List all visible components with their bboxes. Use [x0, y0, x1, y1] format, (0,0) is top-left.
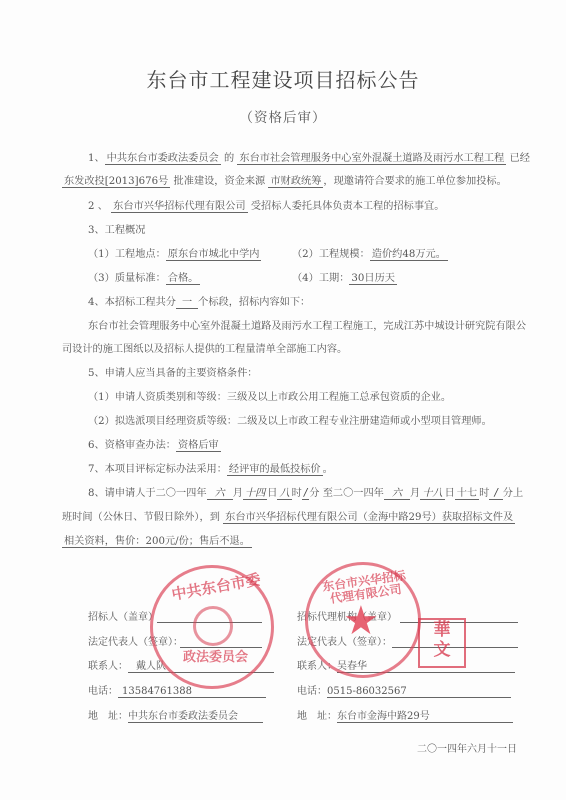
qualification-item-1: （1）申请人资质类别和等级：三级及以上市政公用工程施工总承包资质的企业。	[88, 391, 451, 405]
section-2: 2 、 东台市兴华招标代理有限公司 受招标人委托具体负责本工程的招标事宜。	[88, 200, 444, 214]
text: 个标段，招标内容如下：	[198, 297, 310, 308]
start-hour: 八	[277, 488, 291, 500]
document-price: 相关资料，售价：200元/份；售后不退。	[62, 536, 252, 548]
agent-phone: 0515-86032567	[327, 686, 511, 698]
text: 月	[410, 488, 420, 499]
label: （1）工程地点：	[88, 249, 166, 260]
section-3-heading: 3、工程概况	[88, 224, 145, 238]
quality-row: （3）质量标准：合格。	[88, 272, 200, 286]
text: 月	[233, 488, 243, 499]
text: 日	[445, 488, 455, 499]
label: （4）工期：	[292, 273, 349, 284]
section-4-content-line-2: 司设计的施工图纸以及招标人提供的工程量清单全部施工内容。	[62, 343, 347, 357]
party-emblem-icon	[193, 606, 233, 646]
seal-char: 華	[420, 620, 464, 640]
tenderer-rep-line	[180, 647, 262, 648]
label: 地 址：	[88, 711, 128, 722]
text: 分上	[503, 488, 523, 499]
legal-rep-seal: 華 文	[418, 618, 466, 668]
text: 。	[323, 464, 333, 475]
label: 7、本项目评标定标办法采用：	[88, 464, 227, 475]
end-minute: /	[489, 488, 502, 500]
tender-notice-document: 东台市工程建设项目招标公告 （资格后审） 1、中共东台市委政法委员会 的 东台市…	[0, 0, 566, 800]
text: 日	[267, 488, 277, 499]
text: 至二〇一四年	[323, 488, 384, 499]
agent-name: 东台市兴华招标代理有限公司	[111, 201, 247, 213]
section-1-line-1: 1、中共东台市委政法委员会 的 东台市社会管理服务中心室外混凝土道路及雨污水工程…	[88, 152, 530, 166]
end-hour: 十七	[455, 488, 479, 500]
text: 已经	[510, 153, 530, 164]
section-8-line-3: 相关资料，售价：200元/份；售后不退。	[62, 535, 252, 549]
label: 联系人：	[297, 661, 337, 672]
start-day: 十四	[243, 488, 267, 500]
section-1-line-2: 东发改投[2013]676号 批准建设，资金来源 市财政统筹，现邀请符合要求的施…	[62, 175, 507, 189]
text: 时	[292, 488, 302, 499]
notice-date: 二〇一四年六月十一日	[417, 740, 517, 755]
document-title: 东台市工程建设项目招标公告	[0, 64, 566, 93]
agent-contact-row: 联系人：吴春华	[297, 657, 515, 673]
section-5-heading: 5、申请人应当具备的主要资格条件：	[88, 367, 257, 381]
text: ，现邀请符合要求的施工单位参加投标。	[323, 176, 506, 187]
section-number: 2 、	[88, 201, 108, 212]
duration-row: （4）工期：30日历天	[292, 272, 397, 286]
text: 8、请申请人于二〇一四年	[88, 488, 207, 499]
end-day: 十八	[420, 488, 444, 500]
section-4-content-line-1: 东台市社会管理服务中心室外混凝土道路及雨污水工程工程施工，完成江苏中城设计研究院…	[88, 320, 526, 334]
tenderer-address-row: 地 址：中共东台市委政法委员会	[88, 707, 263, 723]
tenderer-contact-row: 联系人：戴人队	[88, 657, 274, 673]
agent-address: 东台市金海中路29号	[337, 707, 513, 723]
project-location: 原东台市城北中学内	[166, 249, 262, 261]
tenderer-seal-label: 招标人（盖章）	[88, 608, 158, 623]
seal-text: 东台市兴华招标代理有限公司	[319, 569, 412, 607]
agent-address-row: 地 址：东台市金海中路29号	[297, 707, 513, 723]
fund-source: 市财政统筹	[268, 176, 323, 188]
tenderer-name: 中共东台市委政法委员会	[105, 153, 221, 165]
tenderer-rep-label: 法定代表人（签章）：	[88, 633, 183, 648]
text: 班时间（公休日、节假日除外），到	[62, 512, 220, 523]
document-pickup-location: 东台市兴华招标代理有限公司（金海中路29号）获取招标文件及	[223, 512, 515, 524]
project-scale-row: （2）工程规模：造价约48万元。	[292, 248, 448, 262]
text: 受招标人委托具体负责本工程的招标事宜。	[251, 201, 445, 212]
label: （3）质量标准：	[88, 273, 166, 284]
section-8-line-2: 班时间（公休日、节假日除外），到 东台市兴华招标代理有限公司（金海中路29号）获…	[62, 511, 515, 525]
approval-number: 东发改投[2013]676号	[62, 176, 170, 188]
project-duration: 30日历天	[349, 273, 397, 285]
text: 的	[224, 153, 234, 164]
agent-rep-label: 法定代表人（签章）：	[297, 633, 392, 648]
text: 批准建设，资金来源	[174, 176, 266, 187]
label: 电话：	[88, 686, 118, 697]
text: 4、本招标工程共分	[88, 297, 176, 308]
section-8-line-1: 8、请申请人于二〇一四年六月十四日八时/分 至二〇一四年六月十八日十七时/分上	[88, 487, 523, 501]
text: 分	[309, 488, 319, 499]
label: （2）工程规模：	[292, 249, 370, 260]
seal-char: 文	[420, 640, 464, 660]
seal-text: 中共东台市委	[170, 568, 262, 604]
lot-count: 一	[176, 297, 198, 309]
review-method: 资格后审	[176, 440, 221, 452]
tenderer-seal-line	[157, 622, 262, 623]
label: 地 址：	[297, 711, 337, 722]
section-7: 7、本项目评标定标办法采用：经评审的最低投标价。	[88, 463, 333, 477]
tenderer-address: 中共东台市委政法委员会	[128, 707, 263, 723]
project-location-row: （1）工程地点：原东台市城北中学内	[88, 248, 261, 262]
document-subtitle: （资格后审）	[0, 106, 566, 126]
tenderer-contact: 戴人队	[128, 657, 274, 673]
project-name: 东台市社会管理服务中心室外混凝土道路及雨污水工程工程	[237, 153, 506, 165]
section-6: 6、资格审查办法：资格后审	[88, 439, 221, 453]
label: 6、资格审查办法：	[88, 440, 176, 451]
section-number: 1、	[88, 153, 105, 164]
text: 时	[479, 488, 489, 499]
label: 电话：	[297, 686, 327, 697]
section-4-heading: 4、本招标工程共分一个标段，招标内容如下：	[88, 296, 310, 310]
quality-standard: 合格。	[166, 273, 201, 285]
project-scale: 造价约48万元。	[370, 249, 448, 261]
tenderer-phone: 13584761388	[118, 686, 266, 698]
tenderer-phone-row: 电话：13584761388	[88, 682, 266, 698]
end-month: 六	[384, 488, 410, 500]
agent-seal-label: 招标代理机构（盖章）	[297, 608, 397, 623]
qualification-item-2: （2）拟选派项目经理资质等级：二级及以上市政工程专业注册建造师或小型项目管理师。	[88, 415, 492, 429]
start-month: 六	[207, 488, 233, 500]
agent-phone-row: 电话：0515-86032567	[297, 682, 511, 698]
label: 联系人：	[88, 661, 128, 672]
evaluation-method: 经评审的最低投标价	[227, 464, 323, 476]
